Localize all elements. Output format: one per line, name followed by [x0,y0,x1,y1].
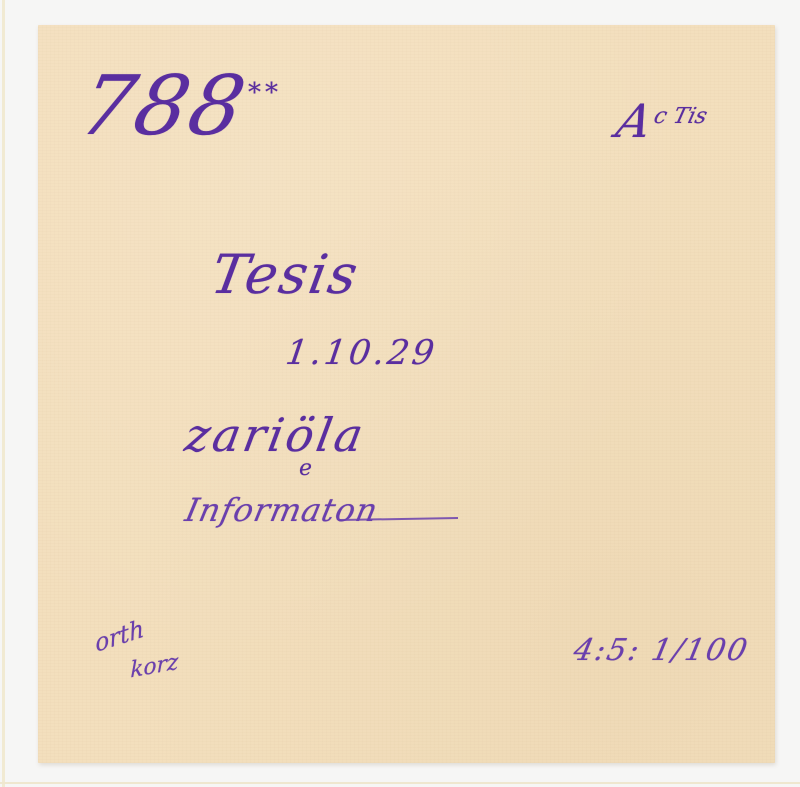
top-right-mark-suffix: c Tis [651,104,710,129]
card-info-line: Informaton [183,494,382,526]
catalog-stars: ** [248,80,282,106]
scan-edge-line [2,0,5,787]
card-date: 1.10.29 [284,336,440,370]
card-word: zariöla [182,412,369,458]
bottom-right-note: 4:5: 1/100 [571,636,752,666]
scan-bottom-line [0,782,800,784]
catalog-number: 788 [73,66,253,148]
top-right-mark: Ac Tis [612,98,711,144]
card-conjunction: e [299,458,312,480]
card-title: Tesis [207,248,363,302]
scan-background: 788 ** Ac Tis Tesis 1.10.29 zariöla e In… [0,0,800,787]
